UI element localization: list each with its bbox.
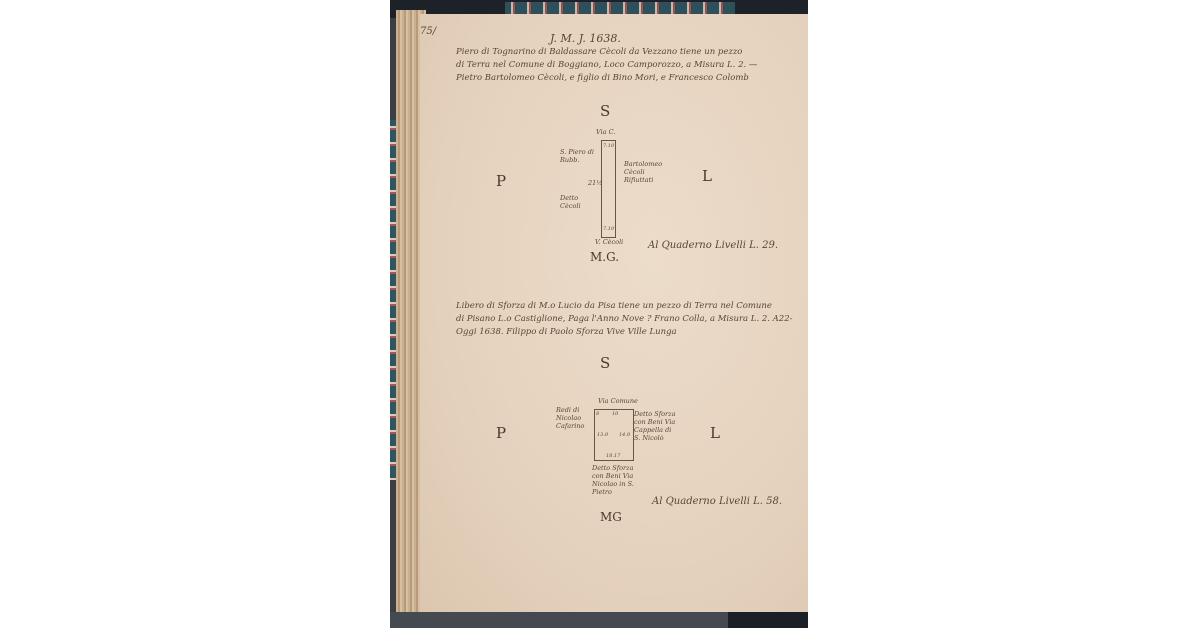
entry-1-top-measure: 7.10 [603, 142, 614, 150]
manuscript-scan: 75/ J. M. J. 1638. Piero di Tognarino di… [390, 0, 808, 628]
entry-1-label-left-lower: Detto Cècoli [560, 194, 594, 210]
manuscript-page: 75/ J. M. J. 1638. Piero di Tognarino di… [420, 14, 808, 614]
entry-1-text: Piero di Tognarino di Baldassare Cècoli … [456, 46, 757, 85]
entry-2-text: Libero di Sforza di M.o Lucio da Pisa ti… [456, 300, 793, 339]
entry-1-label-right: Bartolomeo Cècoli Rifiuttati [624, 160, 664, 184]
folio-number: 75/ [420, 26, 436, 37]
entry-2-corner-tr: 10 [612, 410, 618, 418]
entry-2-reference: Al Quaderno Livelli L. 58. [652, 496, 782, 507]
scan-bottom-border [390, 612, 808, 628]
entry-2-compass-south: MG [600, 510, 622, 524]
entry-1-reference: Al Quaderno Livelli L. 29. [648, 240, 778, 251]
entry-1-compass-north: S [600, 102, 610, 120]
entry-2-line-2: di Pisano L.o Castiglione, Paga l'Anno N… [456, 313, 793, 326]
entry-1-compass-east: L [702, 167, 712, 185]
entry-1-middle-measure: 21½ [588, 179, 603, 187]
entry-1-plot-sketch [601, 140, 616, 238]
entry-1-line-1: Piero di Tognarino di Baldassare Cècoli … [456, 46, 757, 59]
entry-1-label-top: Via C. [596, 128, 615, 136]
entry-2-right-measure: 14.0 [619, 431, 630, 439]
entry-2-label-left: Redi di Nicolao Cafarino [556, 406, 592, 430]
entry-2-left-measure: 13.0 [597, 431, 608, 439]
entry-1-label-bottom: V. Cècoli [595, 238, 623, 246]
entry-2-label-bottom: Detto Sforza con Beni Via Nicolao in S. … [592, 464, 636, 496]
entry-2-compass-west: P [496, 424, 506, 442]
entry-2-line-1: Libero di Sforza di M.o Lucio da Pisa ti… [456, 300, 793, 313]
entry-1-bottom-measure: 7.10 [603, 225, 614, 233]
entry-2-label-right: Detto Sforza con Beni Via Cappella di S.… [634, 410, 678, 442]
entry-1-label-left-upper: S. Piero di Rubb. [560, 148, 598, 164]
entry-1-line-2: di Terra nel Comune di Boggiano, Loco Ca… [456, 59, 757, 72]
entry-2-compass-north: S [600, 354, 610, 372]
entry-1-compass-south: M.G. [590, 250, 619, 264]
entry-1-line-3: Pietro Bartolomeo Cècoli, e figlio di Bi… [456, 72, 757, 85]
entry-2-line-3: Oggi 1638. Filippo di Paolo Sforza Vive … [456, 326, 793, 339]
entry-2-label-top: Via Comune [598, 397, 638, 405]
page-heading: J. M. J. 1638. [550, 32, 621, 45]
entry-2-corner-tl: 8 [596, 410, 599, 418]
entry-2-compass-east: L [710, 424, 720, 442]
entry-2-bottom-measure: 18.17 [606, 452, 620, 460]
entry-1-compass-west: P [496, 172, 506, 190]
